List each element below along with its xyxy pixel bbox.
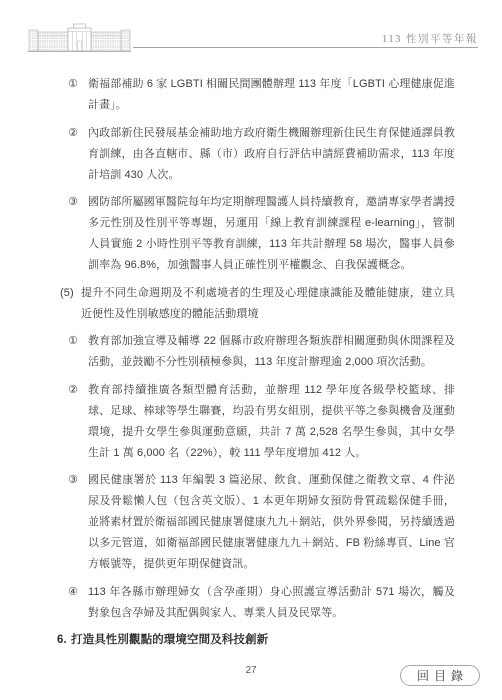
section-heading-text: 打造具性別觀點的環境空間及科技創新 [71, 630, 455, 651]
paragraph-text: 113 年各縣市辦理婦女（含孕產期）身心照護宣導活動計 571 場次，觸及對象包… [88, 582, 455, 624]
paragraph-item-2: ② 內政部新住民發展基金補助地方政府衛生機關辦理新住民生育保健通譯員教育訓練，由… [68, 123, 455, 186]
paragraph-item-7: ④ 113 年各縣市辦理婦女（含孕產期）身心照護宣導活動計 571 場次，觸及對… [68, 582, 455, 624]
paragraph-text: 國民健康署於 113 年編製 3 篇泌尿、飲食、運動保健之衛教文章、4 件泌尿及… [88, 470, 455, 575]
paragraph-item-3: ③ 國防部所屬國軍醫院每年均定期辦理醫護人員持續教育，邀請專家學者講授多元性別及… [68, 192, 455, 276]
sub-section-heading-5: (5) 提升不同生命週期及不利處境者的生理及心理健康識能及體能健康，建立具近便性… [60, 283, 455, 325]
paragraph-text: 教育部加強宣導及輔導 22 個縣市政府辦理各類族群相關運動與休閒課程及活動，並鼓… [88, 331, 455, 373]
section-heading-6: 6. 打造具性別觀點的環境空間及科技創新 [57, 630, 455, 651]
header-divider [133, 47, 478, 48]
paragraph-text: 衛福部補助 6 家 LGBTI 相關民間團體辦理 113 年度「LGBTI 心理… [88, 74, 455, 116]
paragraph-text: 內政部新住民發展基金補助地方政府衛生機關辦理新住民生育保健通譯員教育訓練，由各直… [88, 123, 455, 186]
back-to-toc-button[interactable]: 回目錄 [400, 665, 480, 686]
paragraph-item-4: ① 教育部加強宣導及輔導 22 個縣市政府辦理各類族群相關運動與休閒課程及活動，… [68, 331, 455, 373]
circled-number-marker: ② [68, 380, 88, 464]
sub-section-marker: (5) [60, 283, 81, 325]
paragraph-item-1: ① 衛福部補助 6 家 LGBTI 相關民間團體辦理 113 年度「LGBTI … [68, 74, 455, 116]
circled-number-marker: ① [68, 331, 88, 373]
circled-number-marker: ④ [68, 582, 88, 624]
government-building-icon [28, 21, 131, 52]
paragraph-text: 教育部持續推廣各類型體育活動，並辦理 112 學年度各級學校籃球、排球、足球、棒… [88, 380, 455, 464]
page-body: ① 衛福部補助 6 家 LGBTI 相關民間團體辦理 113 年度「LGBTI … [68, 74, 455, 658]
report-title: 113 性別平等年報 [382, 31, 478, 46]
sub-section-text: 提升不同生命週期及不利處境者的生理及心理健康識能及體能健康，建立具近便性及性別敏… [81, 283, 455, 325]
paragraph-item-5: ② 教育部持續推廣各類型體育活動，並辦理 112 學年度各級學校籃球、排球、足球… [68, 380, 455, 464]
section-number-marker: 6. [57, 630, 71, 651]
circled-number-marker: ① [68, 74, 88, 116]
circled-number-marker: ② [68, 123, 88, 186]
circled-number-marker: ③ [68, 470, 88, 575]
paragraph-text: 國防部所屬國軍醫院每年均定期辦理醫護人員持續教育，邀請專家學者講授多元性別及性別… [88, 192, 455, 276]
paragraph-item-6: ③ 國民健康署於 113 年編製 3 篇泌尿、飲食、運動保健之衛教文章、4 件泌… [68, 470, 455, 575]
circled-number-marker: ③ [68, 192, 88, 276]
